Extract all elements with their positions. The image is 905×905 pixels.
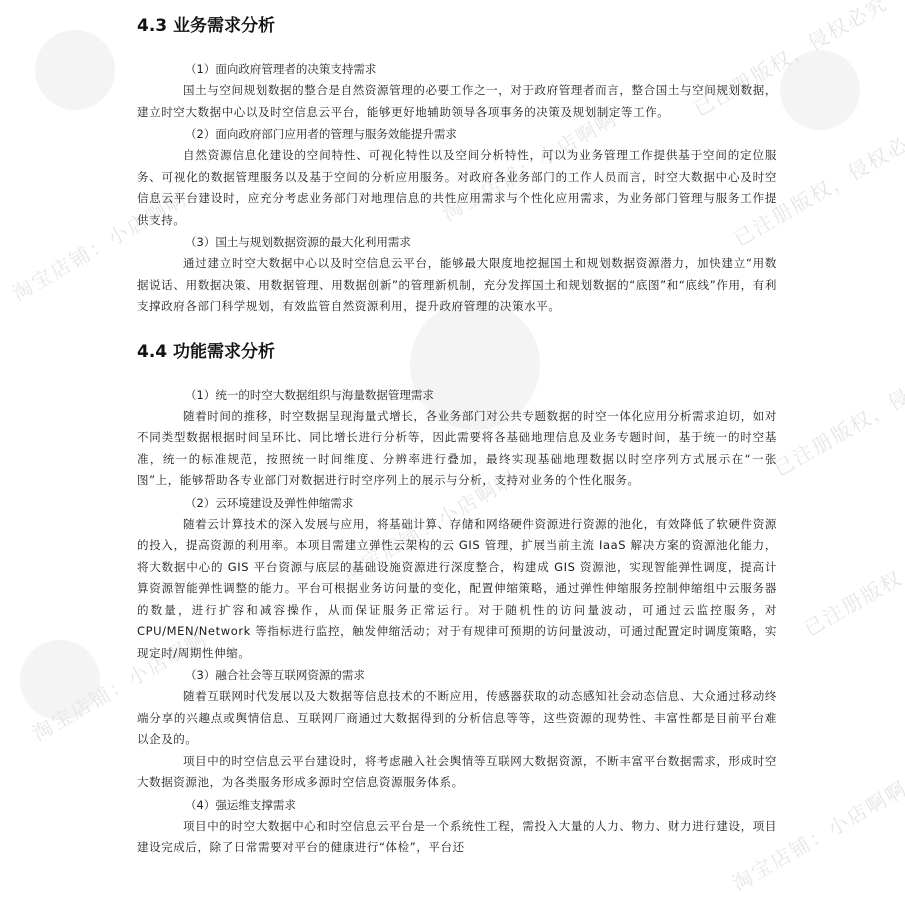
subsection-title: （3）融合社会等互联网资源的需求 [137,664,777,686]
paragraph: 随着互联网时代发展以及大数据等信息技术的不断应用，传感器获取的动态感知社会动态信… [137,686,777,751]
paragraph: 项目中的时空信息云平台建设时，将考虑融入社会舆情等互联网大数据资源，不断丰富平台… [137,751,777,794]
paragraph: 项目中的时空大数据中心和时空信息云平台是一个系统性工程，需投入大量的人力、物力、… [137,816,777,859]
watermark-mascot-icon [20,640,100,720]
subsection-title: （2）面向政府部门应用者的管理与服务效能提升需求 [137,123,777,145]
document-page: 4.3 业务需求分析 （1）面向政府管理者的决策支持需求 国土与空间规划数据的整… [137,12,777,859]
paragraph: 随着时间的推移，时空数据呈现海量式增长，各业务部门对公共专题数据的时空一体化应用… [137,406,777,492]
subsection-title: （2）云环境建设及弹性伸缩需求 [137,492,777,514]
subsection-title: （4）强运维支撑需求 [137,794,777,816]
watermark-mascot-icon [35,30,115,110]
paragraph: 随着云计算技术的深入发展与应用，将基础计算、存储和网络硬件资源进行资源的池化，有… [137,514,777,665]
watermark-mascot-icon [780,50,860,130]
section-heading: 4.3 业务需求分析 [137,12,777,40]
subsection-title: （3）国土与规划数据资源的最大化利用需求 [137,231,777,253]
watermark-text: 已注册版权，侵权必究 [797,507,905,642]
subsection-title: （1）统一的时空大数据组织与海量数据管理需求 [137,384,777,406]
subsection-title: （1）面向政府管理者的决策支持需求 [137,58,777,80]
watermark-text: 已注册版权，侵权必究 [767,347,905,482]
paragraph: 自然资源信息化建设的空间特性、可视化特性以及空间分析特性，可以为业务管理工作提供… [137,145,777,231]
paragraph: 通过建立时空大数据中心以及时空信息云平台，能够最大限度地挖掘国土和规划数据资源潜… [137,253,777,318]
section-heading: 4.4 功能需求分析 [137,338,777,366]
paragraph: 国土与空间规划数据的整合是自然资源管理的必要工作之一，对于政府管理者而言，整合国… [137,80,777,123]
